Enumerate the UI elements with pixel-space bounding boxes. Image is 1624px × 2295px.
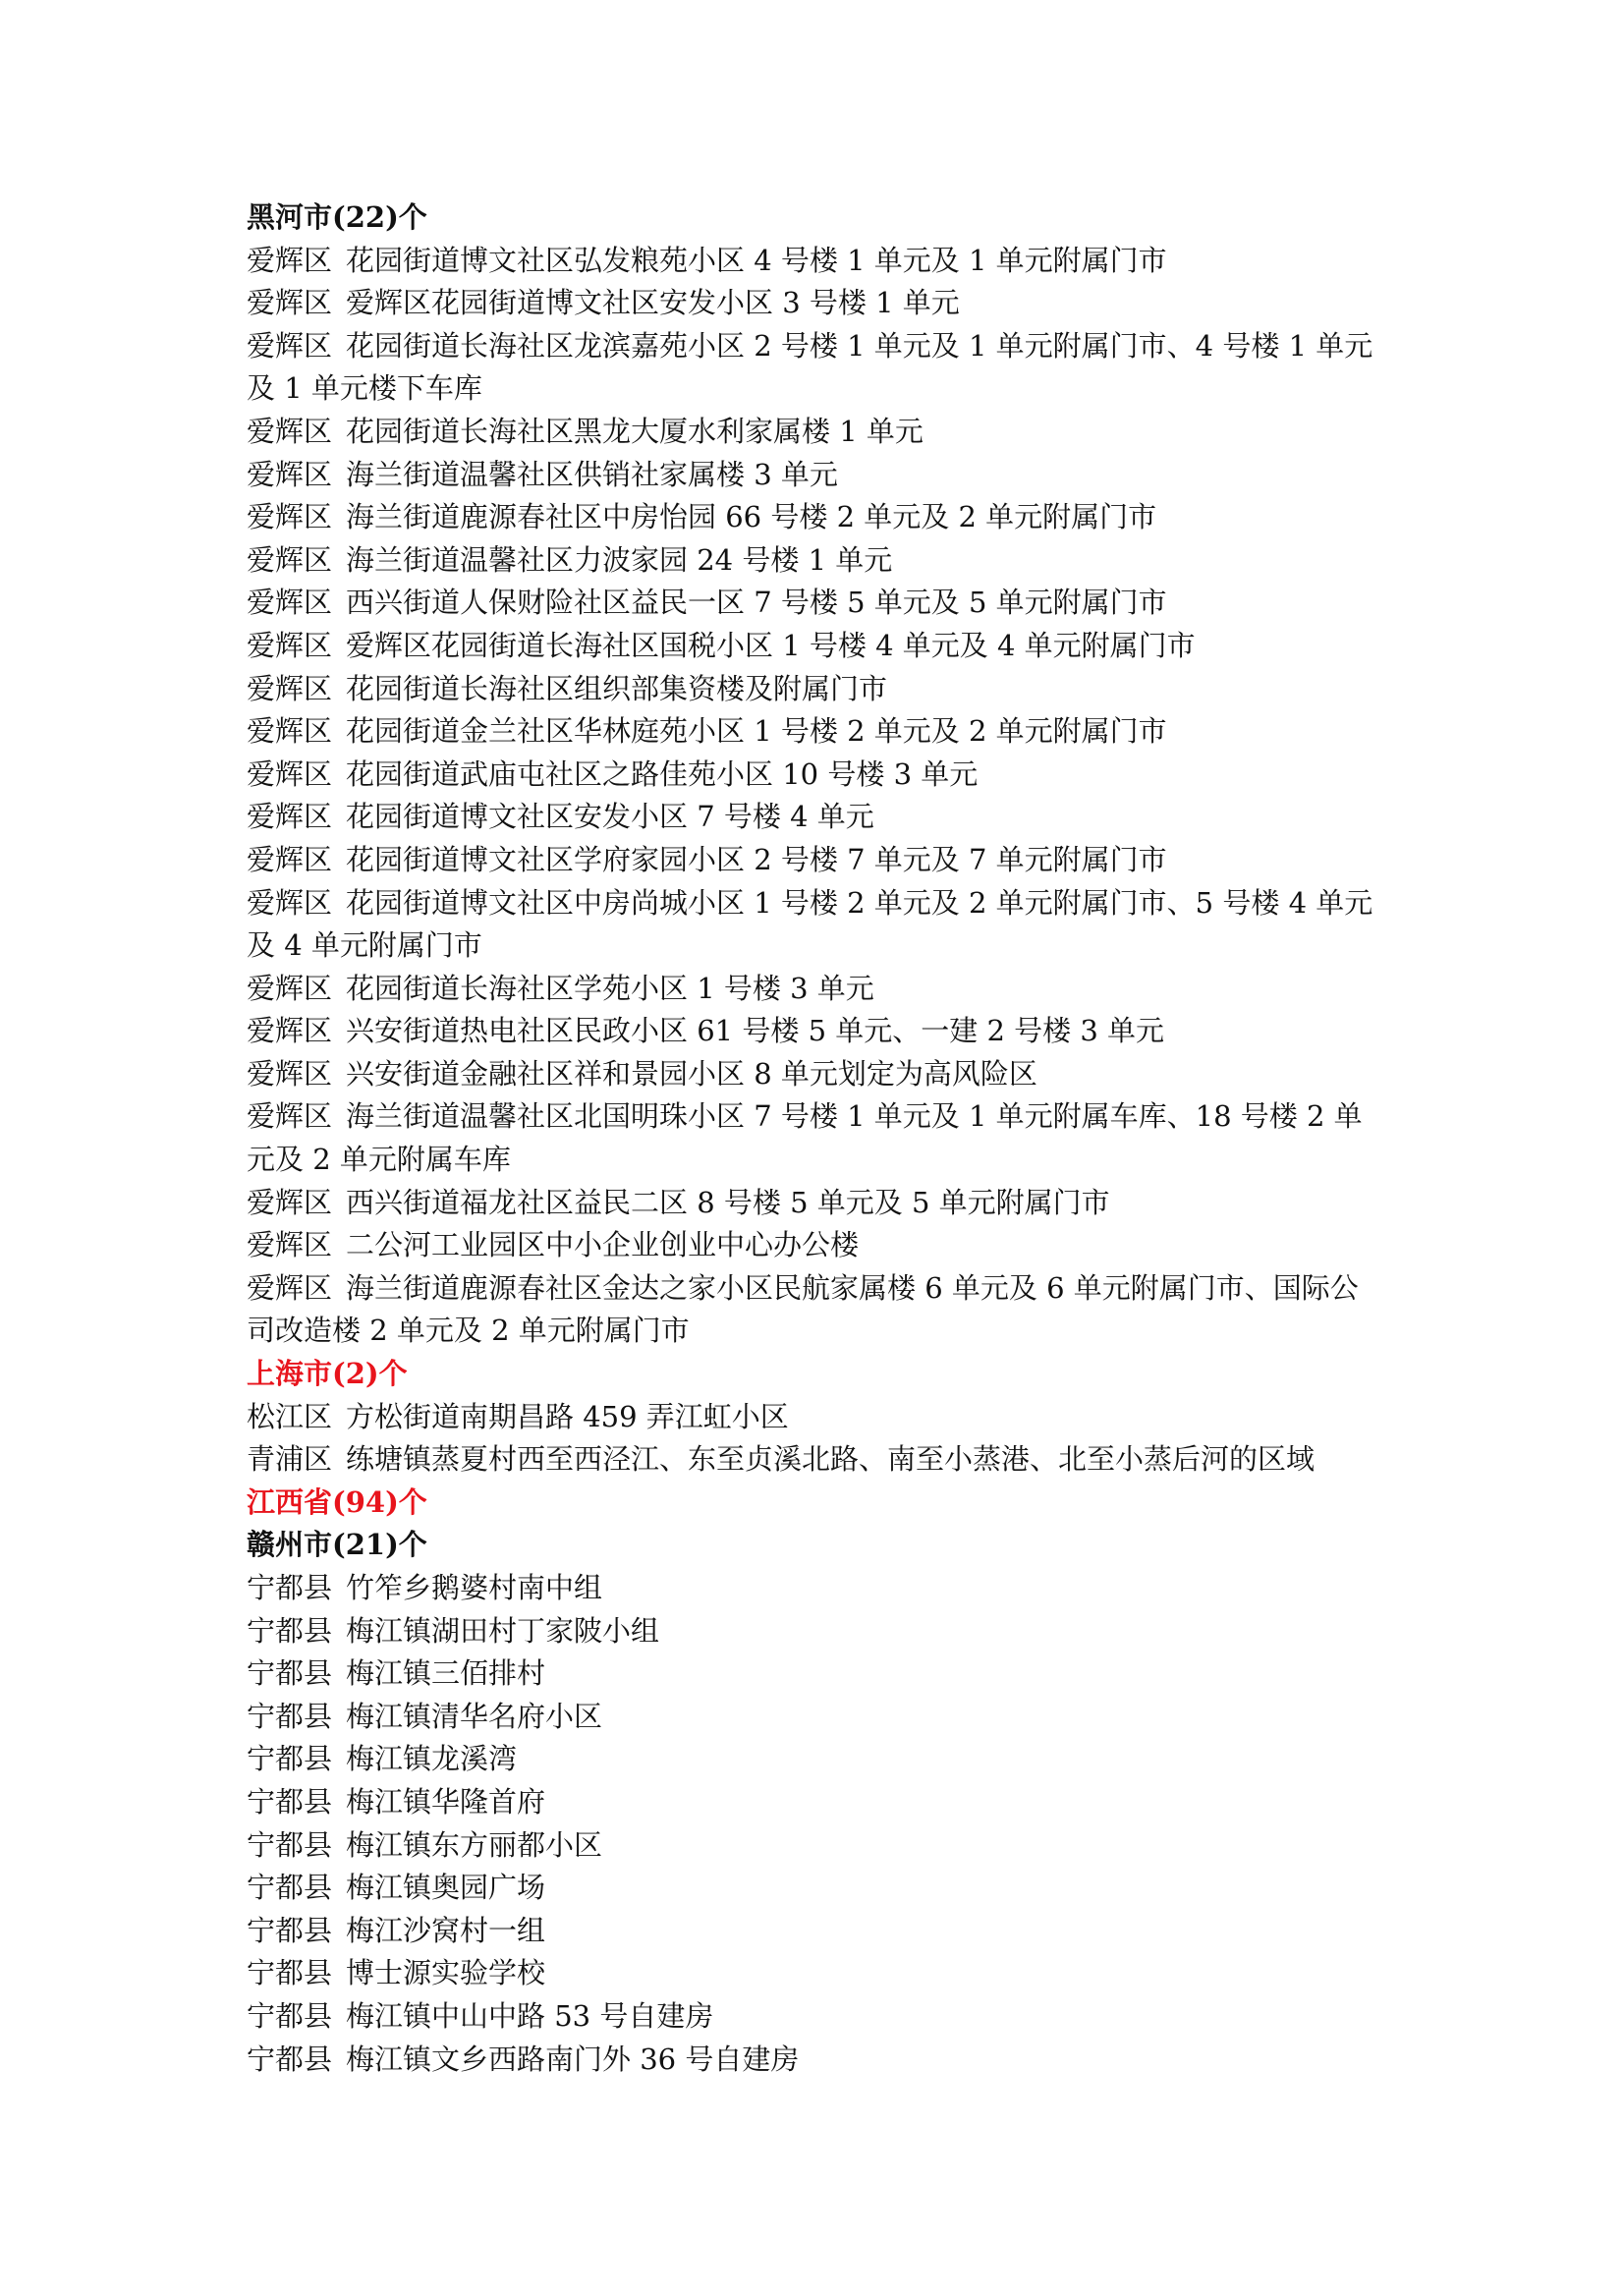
list-item: 爱辉区爱辉区花园街道长海社区国税小区 1 号楼 4 单元及 4 单元附属门市 bbox=[247, 625, 1386, 668]
list-item: 宁都县竹笮乡鹅婆村南中组 bbox=[247, 1567, 1386, 1610]
list-item: 爱辉区花园街道博文社区中房尚城小区 1 号楼 2 单元及 2 单元附属门市、5 … bbox=[247, 882, 1386, 968]
document-page: 黑河市(22)个 爱辉区花园街道博文社区弘发粮苑小区 4 号楼 1 单元及 1 … bbox=[247, 196, 1386, 2081]
list-item: 爱辉区兴安街道热电社区民政小区 61 号楼 5 单元、一建 2 号楼 3 单元 bbox=[247, 1010, 1386, 1053]
list-item: 青浦区练塘镇蒸夏村西至西泾江、东至贞溪北路、南至小蒸港、北至小蒸后河的区域 bbox=[247, 1438, 1386, 1482]
list-item: 爱辉区海兰街道温馨社区供销社家属楼 3 单元 bbox=[247, 454, 1386, 497]
list-item: 宁都县梅江镇中山中路 53 号自建房 bbox=[247, 1995, 1386, 2039]
list-item: 宁都县梅江镇湖田村丁家陂小组 bbox=[247, 1610, 1386, 1653]
list-item: 爱辉区西兴街道人保财险社区益民一区 7 号楼 5 单元及 5 单元附属门市 bbox=[247, 582, 1386, 625]
section-heading-shanghai: 上海市(2)个 bbox=[247, 1353, 1386, 1396]
section-heading-jiangxi: 江西省(94)个 bbox=[247, 1482, 1386, 1525]
list-item: 爱辉区西兴街道福龙社区益民二区 8 号楼 5 单元及 5 单元附属门市 bbox=[247, 1182, 1386, 1225]
list-item: 爱辉区海兰街道鹿源春社区中房怡园 66 号楼 2 单元及 2 单元附属门市 bbox=[247, 496, 1386, 539]
list-item: 爱辉区花园街道长海社区龙滨嘉苑小区 2 号楼 1 单元及 1 单元附属门市、4 … bbox=[247, 325, 1386, 411]
list-item: 松江区方松街道南期昌路 459 弄江虹小区 bbox=[247, 1396, 1386, 1439]
list-item: 爱辉区兴安街道金融社区祥和景园小区 8 单元划定为高风险区 bbox=[247, 1053, 1386, 1096]
list-item: 爱辉区海兰街道温馨社区力波家园 24 号楼 1 单元 bbox=[247, 539, 1386, 583]
list-item: 爱辉区花园街道长海社区黑龙大厦水利家属楼 1 单元 bbox=[247, 411, 1386, 454]
list-item: 爱辉区海兰街道温馨社区北国明珠小区 7 号楼 1 单元及 1 单元附属车库、18… bbox=[247, 1095, 1386, 1181]
list-item: 爱辉区花园街道博文社区安发小区 7 号楼 4 单元 bbox=[247, 796, 1386, 839]
list-item: 宁都县梅江镇文乡西路南门外 36 号自建房 bbox=[247, 2039, 1386, 2082]
list-item: 爱辉区海兰街道鹿源春社区金达之家小区民航家属楼 6 单元及 6 单元附属门市、国… bbox=[247, 1267, 1386, 1353]
list-item: 宁都县梅江沙窝村一组 bbox=[247, 1910, 1386, 1953]
list-item: 爱辉区花园街道金兰社区华林庭苑小区 1 号楼 2 单元及 2 单元附属门市 bbox=[247, 710, 1386, 754]
list-item: 爱辉区花园街道武庙屯社区之路佳苑小区 10 号楼 3 单元 bbox=[247, 754, 1386, 797]
list-item: 宁都县梅江镇龙溪湾 bbox=[247, 1738, 1386, 1781]
list-item: 宁都县梅江镇清华名府小区 bbox=[247, 1696, 1386, 1739]
list-item: 宁都县梅江镇奥园广场 bbox=[247, 1867, 1386, 1910]
list-item: 爱辉区花园街道长海社区组织部集资楼及附属门市 bbox=[247, 668, 1386, 711]
section-heading-heihe: 黑河市(22)个 bbox=[247, 196, 1386, 240]
list-item: 宁都县博士源实验学校 bbox=[247, 1952, 1386, 1995]
list-item: 爱辉区花园街道长海社区学苑小区 1 号楼 3 单元 bbox=[247, 968, 1386, 1011]
list-item: 爱辉区花园街道博文社区学府家园小区 2 号楼 7 单元及 7 单元附属门市 bbox=[247, 839, 1386, 882]
list-item: 宁都县梅江镇三佰排村 bbox=[247, 1652, 1386, 1696]
list-item: 爱辉区爱辉区花园街道博文社区安发小区 3 号楼 1 单元 bbox=[247, 282, 1386, 325]
list-item: 爱辉区花园街道博文社区弘发粮苑小区 4 号楼 1 单元及 1 单元附属门市 bbox=[247, 240, 1386, 283]
section-heading-ganzhou: 赣州市(21)个 bbox=[247, 1524, 1386, 1567]
list-item: 宁都县梅江镇华隆首府 bbox=[247, 1781, 1386, 1824]
list-item: 爱辉区二公河工业园区中小企业创业中心办公楼 bbox=[247, 1224, 1386, 1267]
list-item: 宁都县梅江镇东方丽都小区 bbox=[247, 1824, 1386, 1868]
